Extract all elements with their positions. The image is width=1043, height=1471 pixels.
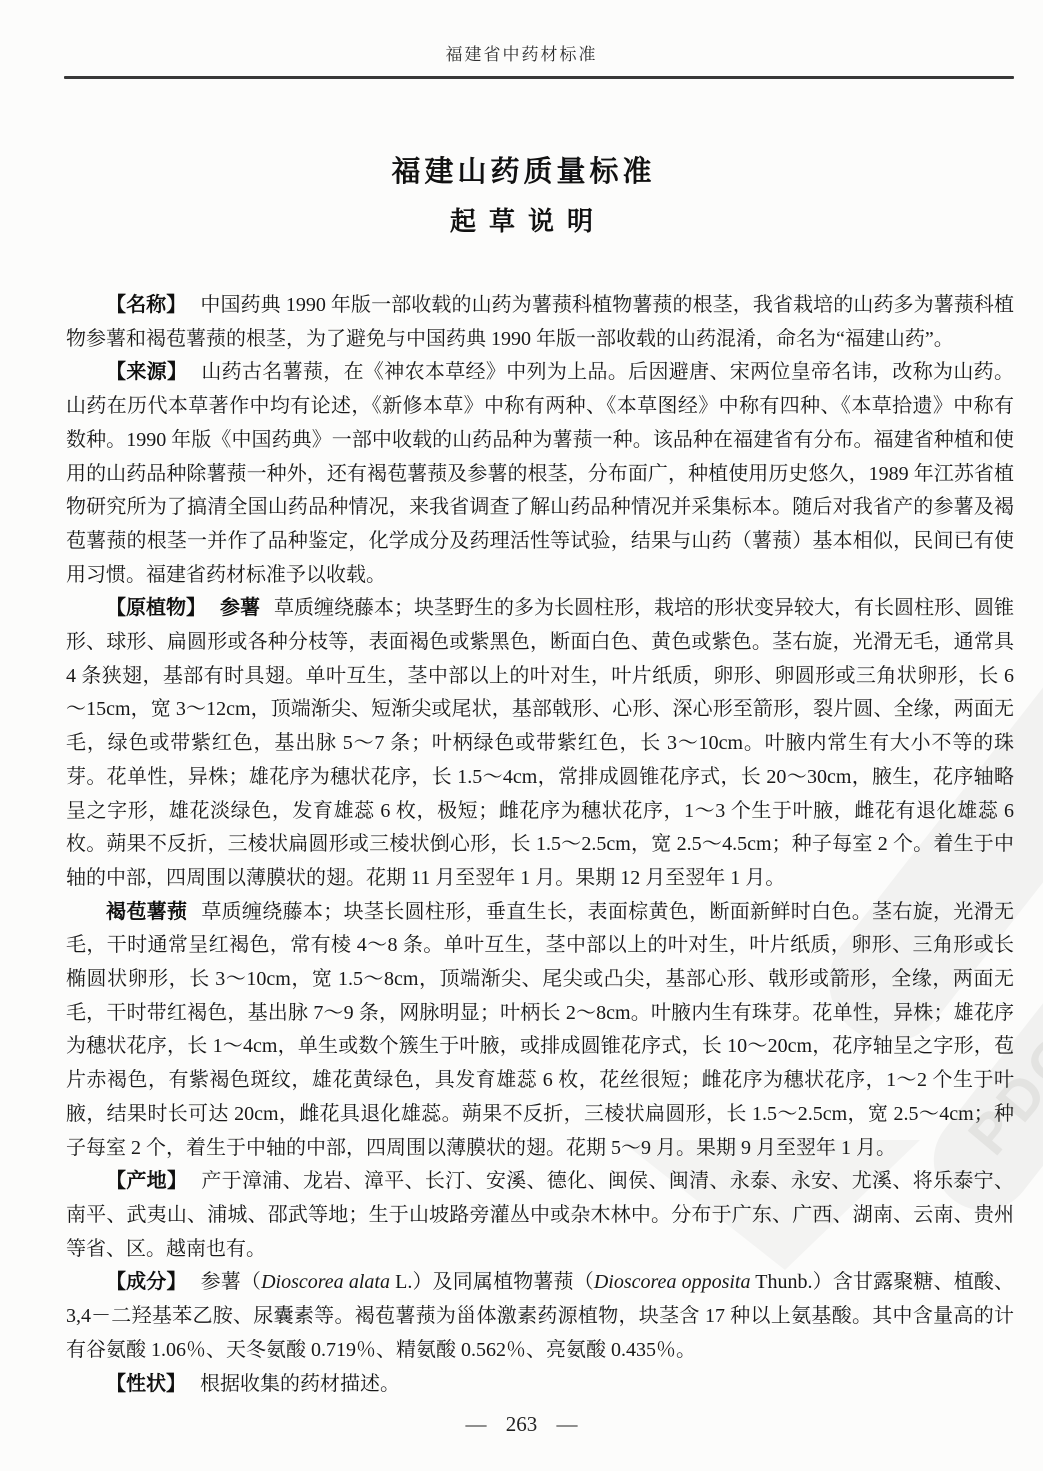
latin-name-dioscorea-opposita: Dioscorea opposita — [594, 1271, 751, 1293]
section-label-mingcheng: 【名称】 — [106, 294, 186, 316]
document-body: 【名称】中国药典 1990 年版一部收载的山药为薯蓣科植物薯蓣的根茎，我省栽培的… — [66, 289, 1014, 1401]
paragraph-yuanzhiwu: 【原植物】参薯草质缠绕藤本；块茎野生的多为长圆柱形，栽培的形状变异较大，有长圆柱… — [66, 592, 1014, 895]
section-text-chandi: 产于漳浦、龙岩、漳平、长汀、安溪、德化、闽侯、闽清、永泰、永安、尤溪、将乐泰宁、… — [66, 1170, 1014, 1259]
section-text-mingcheng: 中国药典 1990 年版一部收载的山药为薯蓣科植物薯蓣的根茎，我省栽培的山药多为… — [66, 294, 1014, 350]
section-text-hebaoshuyu: 草质缠绕藤本；块茎长圆柱形，垂直生长，表面棕黄色，断面新鲜时白色。茎右旋，光滑无… — [66, 901, 1014, 1159]
paragraph-chengfen: 【成分】参薯（Dioscorea alata L.）及同属植物薯蓣（Diosco… — [66, 1266, 1014, 1367]
section-label-xingzhuang: 【性状】 — [106, 1373, 186, 1395]
section-text-laiyuan: 山药古名薯蓣，在《神农本草经》中列为上品。后因避唐、宋两位皇帝名讳，改称为山药。… — [66, 361, 1014, 585]
page-subtitle: 起草说明 — [0, 201, 1043, 238]
page-title: 福建山药质量标准 — [0, 149, 1043, 190]
paragraph-chandi: 【产地】产于漳浦、龙岩、漳平、长汀、安溪、德化、闽侯、闽清、永泰、永安、尤溪、将… — [66, 1165, 1014, 1266]
section-text-xingzhuang: 根据收集的药材描述。 — [200, 1373, 400, 1395]
section-label-laiyuan: 【来源】 — [106, 361, 187, 383]
section-text-yuanzhiwu: 草质缠绕藤本；块茎野生的多为长圆柱形，栽培的形状变异较大，有长圆柱形、圆锥形、球… — [66, 597, 1014, 889]
section-text-chengfen-2: L.）及同属植物薯蓣（ — [390, 1271, 594, 1293]
paragraph-laiyuan: 【来源】山药古名薯蓣，在《神农本草经》中列为上品。后因避唐、宋两位皇帝名讳，改称… — [66, 356, 1014, 592]
document-page: PDG 福建省中药材标准 福建山药质量标准 起草说明 【名称】中国药典 1990… — [0, 0, 1043, 1471]
latin-name-dioscorea-alata: Dioscorea alata — [261, 1271, 390, 1293]
species-name-shenshu: 参薯 — [220, 597, 260, 619]
section-text-chengfen-1: 参薯（ — [201, 1271, 261, 1293]
paragraph-hebaoshuyu: 褐苞薯蓣草质缠绕藤本；块茎长圆柱形，垂直生长，表面棕黄色，断面新鲜时白色。茎右旋… — [66, 896, 1014, 1166]
section-label-yuanzhiwu: 【原植物】 — [106, 597, 206, 619]
section-label-chandi: 【产地】 — [106, 1170, 187, 1192]
header-rule-divider — [64, 76, 1014, 79]
paragraph-mingcheng: 【名称】中国药典 1990 年版一部收载的山药为薯蓣科植物薯蓣的根茎，我省栽培的… — [66, 289, 1014, 356]
running-header: 福建省中药材标准 — [0, 40, 1043, 65]
paragraph-xingzhuang: 【性状】根据收集的药材描述。 — [66, 1368, 1014, 1402]
section-label-chengfen: 【成分】 — [106, 1271, 187, 1293]
page-number: — 263 — — [0, 1412, 1043, 1437]
species-name-hebaoshuyu: 褐苞薯蓣 — [106, 901, 187, 923]
